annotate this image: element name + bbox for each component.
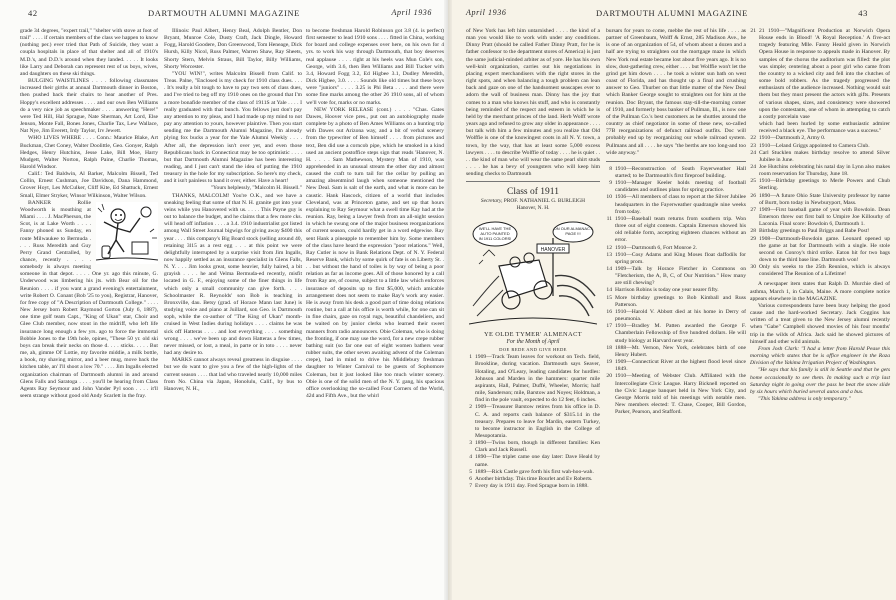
- almanac-entry: 11909—Track Team leaves for workout on T…: [466, 354, 600, 404]
- right-column-1: of New York has left him untarnished . .…: [466, 28, 600, 490]
- paragraph: Illinois: Paul Albert, Henry Beal, Adolp…: [164, 28, 302, 71]
- class-title: Class of 1911: [466, 186, 600, 198]
- left-page: 42 DARTMOUTH ALUMNI MAGAZINE April 1936 …: [0, 0, 448, 600]
- almanac-entry: 181888—Mt. Vernon, New York, celebrates …: [606, 345, 746, 359]
- section-divider: [466, 181, 600, 182]
- paragraph: WHO LIVES WHERE . . . . Conn.: Maurice B…: [20, 135, 158, 171]
- page-number: 43: [858, 8, 868, 18]
- paragraph: THANKS, MALCOLM! You're O.K., and we hav…: [164, 193, 302, 358]
- signature: "Yours helplessly, "Malcolm H. Bissell.": [164, 185, 302, 192]
- right-column-2: bursars for years to come, mebbe the res…: [606, 28, 746, 416]
- paragraph: bursars for years to come, mebbe the res…: [606, 28, 746, 157]
- almanac-entry: 30Only six weeks to the 25th Reunion, wh…: [750, 264, 890, 278]
- paragraph: grade 34 degrees, "expert trail," "shelt…: [20, 28, 158, 78]
- magazine-title: DARTMOUTH ALUMNI MAGAZINE: [0, 8, 448, 18]
- magazine-title: DARTMOUTH ALUMNI MAGAZINE: [448, 8, 896, 18]
- almanac-entry: 15More birthday greetings to Bob Kimball…: [606, 295, 746, 309]
- magazine-spread: 42 DARTMOUTH ALUMNI MAGAZINE April 1936 …: [0, 0, 896, 600]
- paragraph: Calif.: Ted Baldwin, Al Barker, Malcolm …: [20, 171, 158, 200]
- almanac-entry: 131910—Cosy Adams and King Moses float d…: [606, 252, 746, 266]
- almanac-entry: 6Another birthday. This time Bourlet and…: [466, 476, 600, 483]
- almanac-entry: 121910—Dartmouth 6, Fort Monroe 2.: [606, 245, 746, 252]
- page-gutter: [444, 0, 452, 600]
- almanac-entry: 271909—First baseball game of year with …: [750, 207, 890, 228]
- almanac-entry: 291908—Dartmouth-Bowdoin game. Leonard o…: [750, 236, 890, 265]
- section-divider: [606, 161, 746, 162]
- almanac-entry: 191909—Connecticut River at the highest …: [606, 359, 746, 373]
- almanac-entry: 221910—Dartmouth 2, Army 0.: [750, 135, 890, 142]
- almanac-entry: 28Birthday greetings to Paul Briggs and …: [750, 228, 890, 235]
- secretary-line: Secretary, PROF. NATHANIEL G. BURLEIGH: [466, 198, 600, 205]
- paragraph: From Josh Clark: "I had a letter from Ha…: [750, 346, 890, 367]
- almanac-entry: 24Joe Hutchins celebrating his natal day…: [750, 164, 890, 178]
- right-column-3: 2121 1910—"Magnificent Production at Nor…: [750, 28, 890, 403]
- svg-text:IN 1911 COLORS!: IN 1911 COLORS!: [479, 236, 512, 241]
- issue-date: April 1936: [392, 8, 432, 17]
- svg-text:HANOVER: HANOVER: [541, 247, 566, 253]
- paragraph: MARKS cannot always reveal greatness in …: [164, 357, 302, 393]
- running-head-right: April 1936 DARTMOUTH ALUMNI MAGAZINE 43: [448, 8, 896, 22]
- secretary-location: Hanover, N. H.: [466, 205, 600, 212]
- paragraph: "He says that his family is still in Sea…: [750, 367, 890, 396]
- almanac-entry: 24Carl Stucklen makes birthday resolve t…: [750, 150, 890, 164]
- paragraph: "YOU WIN!", writes Malcolm Bissell from …: [164, 71, 302, 186]
- almanac-entry: 31890—Twins born, though in different fa…: [466, 440, 600, 454]
- paragraph: Various correspondents have been busy he…: [750, 303, 890, 346]
- almanac-subtitle: For the Month of April: [466, 339, 600, 346]
- paragraph: NEW YORK RELEASE (cont.) . . . . "Chas. …: [306, 107, 444, 400]
- almanac-entry: 101936—All members of class to report at…: [606, 194, 746, 215]
- almanac-entry: 231910—Leland Griggs appointed to Camera…: [750, 143, 890, 150]
- almanac-entry: 111910—Baseball team returns from southe…: [606, 216, 746, 245]
- golfer-cartoon-illustration: [96, 202, 158, 264]
- almanac-entry: 161910—Harold V. Abbott died at his home…: [606, 309, 746, 323]
- paragraph: A newspaper item states that Ralph D. Mu…: [750, 281, 890, 302]
- class-of-1911-box: Class of 1911 Secretary, PROF. NATHANIEL…: [466, 186, 600, 490]
- paragraph: BULGING WAISTLINES . . . . following cla…: [20, 78, 158, 135]
- almanac-entry: 7Every day is 1911 day. Fred Sprague bor…: [466, 483, 600, 490]
- almanac-entry: which had been hurled by some enthusiast…: [750, 121, 890, 135]
- paragraph: BANKER Rollie Woodworth is mouthing at M…: [20, 200, 158, 400]
- almanac-entry: 201910—Meeting of Webster Club. Affiliat…: [606, 373, 746, 416]
- paragraph: to become freshman Harold Robinson got 3…: [306, 28, 444, 107]
- almanac-entry: 171910—Bradley M. Patten awarded the Geo…: [606, 323, 746, 344]
- almanac-entry: 91910—Manager Keeler holds meeting of fo…: [606, 180, 746, 194]
- almanac-entry: 21909—Treasurer Barstow retires from his…: [466, 404, 600, 440]
- almanac-entry: 2121 1910—"Magnificent Production at Nor…: [750, 28, 890, 121]
- running-head-left: 42 DARTMOUTH ALUMNI MAGAZINE April 1936: [0, 8, 448, 22]
- almanac-entry: 251910—Birthday greetings to Merle Power…: [750, 178, 890, 192]
- paragraph: of New York has left him untarnished . .…: [466, 28, 600, 178]
- almanac-entry: 14Harrison Robins is today one year near…: [606, 287, 746, 294]
- almanac-entry: 81910—Reconstruction of South Fayerweath…: [606, 166, 746, 180]
- right-page: April 1936 DARTMOUTH ALUMNI MAGAZINE 43 …: [448, 0, 896, 600]
- almanac-entry: 261890—A future Ohio State University pr…: [750, 193, 890, 207]
- paragraph: "This Yakima address is only temporary.": [750, 396, 890, 403]
- left-column-2: Illinois: Paul Albert, Henry Beal, Adolp…: [164, 28, 302, 393]
- left-column-3: to become freshman Harold Robinson got 3…: [306, 28, 444, 400]
- left-column-1: grade 34 degrees, "expert trail," "shelt…: [20, 28, 158, 400]
- almanac-entry: 41890—The triplet came one day later: Da…: [466, 454, 600, 468]
- almanac-entry: 141909—Talk by Horace Fletcher in Common…: [606, 266, 746, 287]
- almanac-entry: 51889—Rick Castle gave forth his first w…: [466, 469, 600, 476]
- svg-text:PAGE !!!: PAGE !!!: [565, 231, 580, 236]
- auto-cartoon-illustration: WE'LL HAVE THE AUTO PAINTED IN 1911 COLO…: [469, 216, 597, 328]
